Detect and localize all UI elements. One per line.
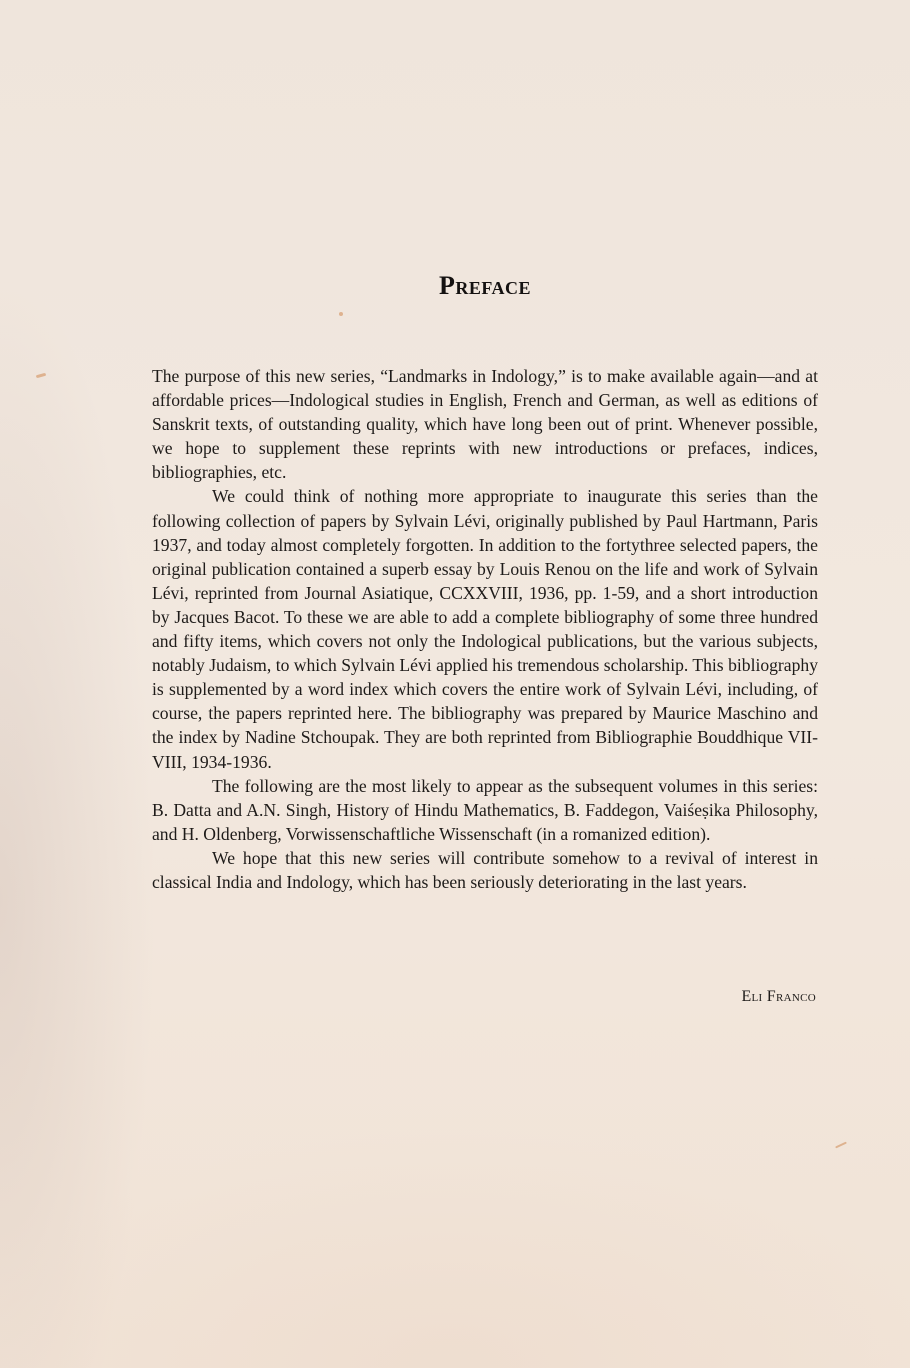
paragraph: We hope that this new series will contri… (152, 846, 818, 894)
paper-speck (339, 312, 343, 316)
paragraph: The purpose of this new series, “Landmar… (152, 364, 818, 484)
paper-speck (36, 373, 46, 378)
paragraph: The following are the most likely to app… (152, 774, 818, 846)
paragraph: We could think of nothing more appropria… (152, 484, 818, 773)
author-signature: Eli Franco (741, 988, 816, 1006)
paper-speck (835, 1142, 847, 1149)
book-page: Preface The purpose of this new series, … (0, 0, 910, 1368)
preface-body: The purpose of this new series, “Landmar… (152, 364, 818, 894)
page-title: Preface (0, 271, 910, 301)
